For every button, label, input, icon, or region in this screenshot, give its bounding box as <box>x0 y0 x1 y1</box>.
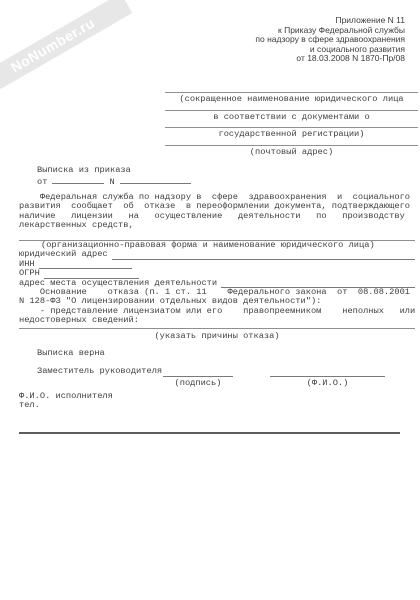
field-caption: в соответствии с документами о <box>165 110 418 128</box>
bottom-divider <box>19 432 400 434</box>
document-page: NoNumber.ru Приложение N 11 к Приказу Фе… <box>0 0 420 600</box>
field-caption: (почтовый адрес) <box>165 145 418 163</box>
date-blank <box>52 175 104 184</box>
order-paragraph: Федеральная служба по надзору в сфере зд… <box>19 193 410 231</box>
reasons-caption: (указать причины отказа) <box>154 331 279 341</box>
executor-info: Ф.И.О. исполнителя тел. <box>19 392 113 411</box>
org-row-blank <box>112 252 415 260</box>
field-caption: (сокращенное наименование юридического л… <box>165 92 418 110</box>
extract-date-row: отN <box>19 175 196 187</box>
org-row-blank <box>39 261 132 269</box>
extract-block: Выписка из приказа отN <box>19 166 196 188</box>
number-label: N <box>109 177 114 187</box>
number-blank <box>120 175 191 184</box>
signature-caption-sign: (подпись) <box>163 379 233 388</box>
name-blank <box>270 367 385 377</box>
org-row: юридический адрес <box>19 250 415 259</box>
watermark: NoNumber.ru <box>0 0 132 98</box>
signature-row: Заместитель руководителя (подпись) (Ф.И.… <box>19 367 415 390</box>
signature-label: Заместитель руководителя <box>37 367 162 376</box>
org-section: (организационно-правовая форма и наимено… <box>19 240 415 288</box>
signature-caption-name: (Ф.И.О.) <box>270 379 385 388</box>
recipient-fields: (сокращенное наименование юридического л… <box>165 92 418 162</box>
reasons-section: (указать причины отказа) <box>19 328 415 341</box>
extract-valid-label: Выписка верна <box>37 349 105 358</box>
watermark-text: NoNumber.ru <box>10 18 96 73</box>
basis-paragraph: Основание отказа (п. 1 ст. 11 Федерально… <box>19 288 415 326</box>
date-label: от <box>37 177 47 187</box>
header-line: от 18.03.2008 N 1870-Пр/08 <box>255 54 405 64</box>
signature-blank <box>163 367 233 377</box>
field-caption: государственной регистрации) <box>165 127 418 145</box>
extract-title: Выписка из приказа <box>19 166 196 175</box>
appendix-header: Приложение N 11 к Приказу Федеральной сл… <box>255 16 405 64</box>
org-row: ИНН <box>19 260 415 269</box>
